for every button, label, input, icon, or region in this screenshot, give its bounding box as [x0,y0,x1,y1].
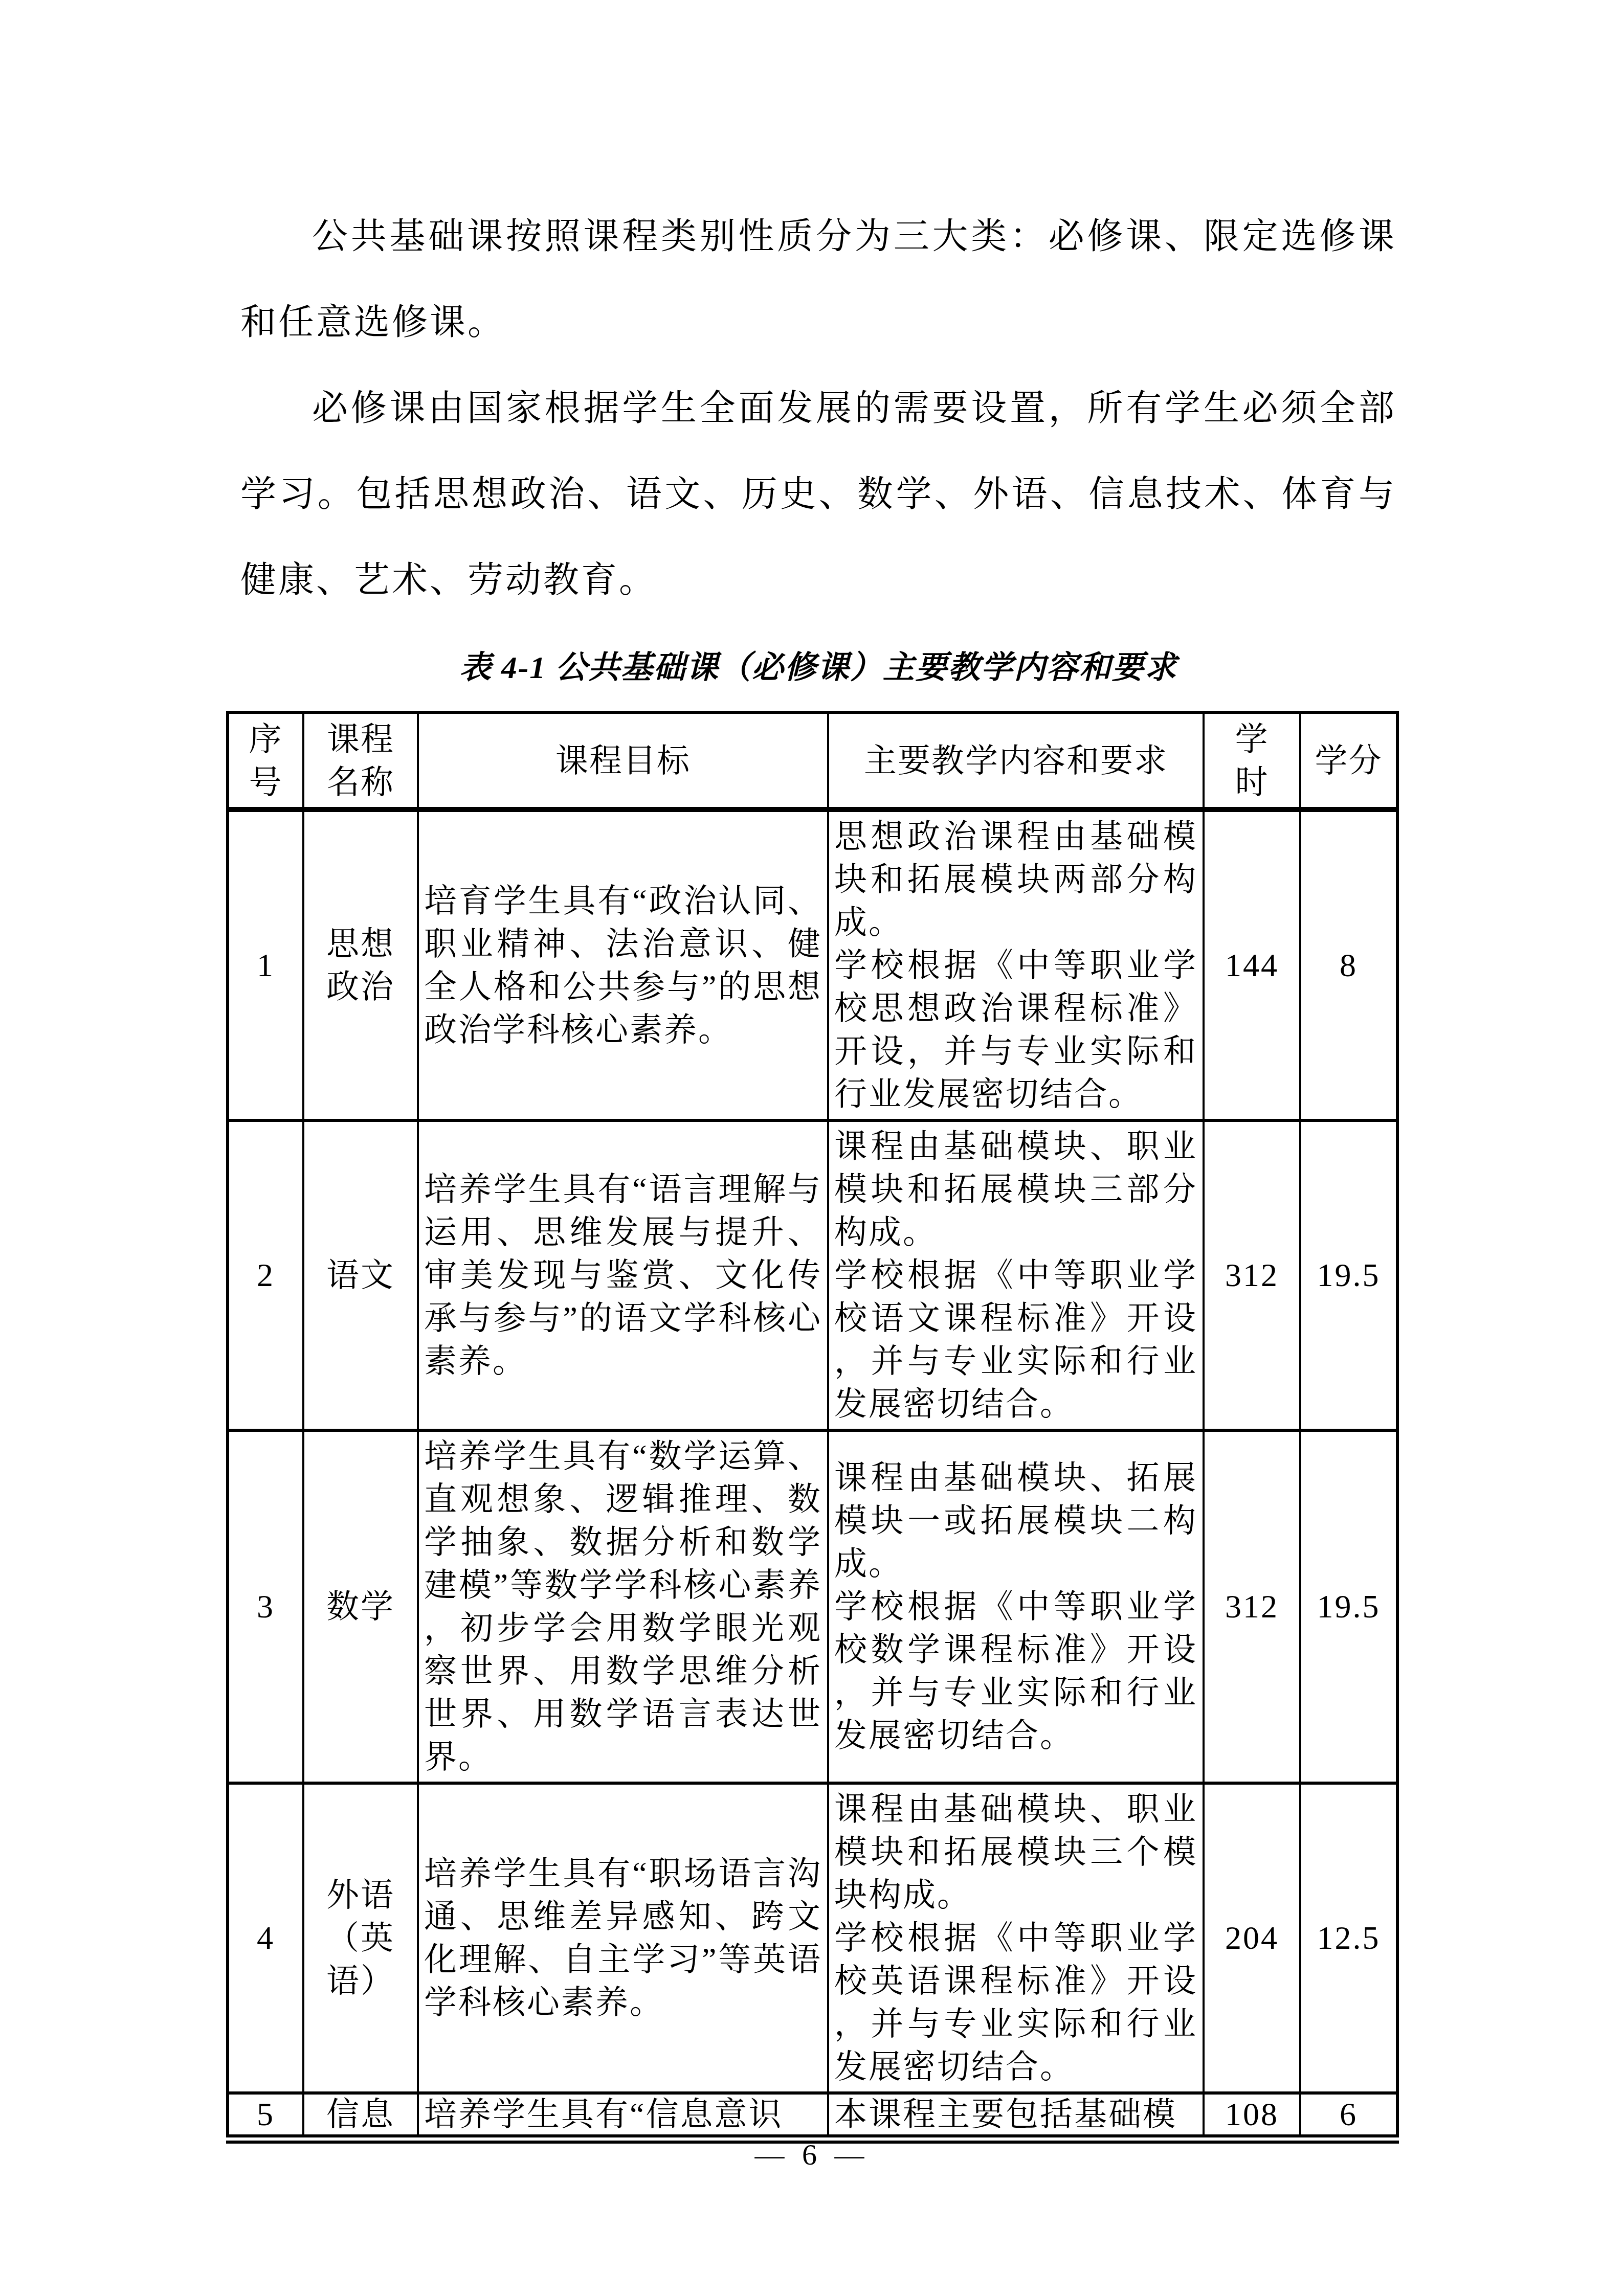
column-header-credits: 学分 [1300,712,1397,809]
cell-teaching-content: 本课程主要包括基础模 [828,2093,1204,2139]
cell-hours: 312 [1204,1120,1300,1430]
cell-hours: 204 [1204,1783,1300,2093]
cell-hours: 108 [1204,2093,1300,2139]
column-header-course-name: 课程 名称 [303,712,418,809]
cell-credits: 8 [1300,809,1397,1120]
page-number: — 6 — [0,2137,1624,2172]
cell-credits: 19.5 [1300,1430,1397,1783]
cell-course-goal: 培养学生具有“语言理解与运用、思维发展与提升、审美发现与鉴赏、文化传承与参与”的… [418,1120,828,1430]
cell-no: 4 [228,1783,303,2093]
cell-teaching-content: 课程由基础模块、职业模块和拓展模块三部分构成。 学校根据《中等职业学校语文课程标… [828,1120,1204,1430]
courses-table: 序 号 课程 名称 课程目标 主要教学内容和要求 学 时 学分 1 思想政治 培… [226,711,1399,2144]
cell-course-name: 外语（英语） [303,1783,418,2093]
cell-no: 5 [228,2093,303,2139]
cell-teaching-content: 课程由基础模块、拓展模块一或拓展模块二构成。 学校根据《中等职业学校数学课程标准… [828,1430,1204,1783]
table-header-row: 序 号 课程 名称 课程目标 主要教学内容和要求 学 时 学分 [228,712,1397,809]
cell-course-name: 思想政治 [303,809,418,1120]
table-row: 4 外语（英语） 培养学生具有“职场语言沟通、思维差异感知、跨文化理解、自主学习… [228,1783,1397,2093]
cell-course-name: 语文 [303,1120,418,1430]
column-header-course-goal: 课程目标 [418,712,828,809]
cell-hours: 144 [1204,809,1300,1120]
column-header-teaching-content: 主要教学内容和要求 [828,712,1204,809]
body-paragraph-1: 公共基础课按照课程类别性质分为三大类：必修课、限定选修课和任意选修课。 [240,194,1396,366]
cell-credits: 12.5 [1300,1783,1397,2093]
column-header-hours: 学 时 [1204,712,1300,809]
cell-no: 2 [228,1120,303,1430]
cell-teaching-content: 思想政治课程由基础模块和拓展模块两部分构成。 学校根据《中等职业学校思想政治课程… [828,809,1204,1120]
cell-hours: 312 [1204,1430,1300,1783]
table-row: 1 思想政治 培育学生具有“政治认同、职业精神、法治意识、健全人格和公共参与”的… [228,809,1397,1120]
cell-course-goal: 培养学生具有“信息意识 [418,2093,828,2139]
page-content: 公共基础课按照课程类别性质分为三大类：必修课、限定选修课和任意选修课。 必修课由… [0,0,1624,2144]
table-container: 序 号 课程 名称 课程目标 主要教学内容和要求 学 时 学分 1 思想政治 培… [226,711,1396,2144]
table-caption: 表 4-1 公共基础课（必修课）主要教学内容和要求 [240,642,1396,693]
cell-credits: 6 [1300,2093,1397,2139]
cell-course-name: 信息 [303,2093,418,2139]
table-row: 2 语文 培养学生具有“语言理解与运用、思维发展与提升、审美发现与鉴赏、文化传承… [228,1120,1397,1430]
cell-no: 1 [228,809,303,1120]
cell-course-goal: 培养学生具有“数学运算、直观想象、逻辑推理、数学抽象、数据分析和数学建模”等数学… [418,1430,828,1783]
cell-teaching-content: 课程由基础模块、职业模块和拓展模块三个模块构成。 学校根据《中等职业学校英语课程… [828,1783,1204,2093]
cell-credits: 19.5 [1300,1120,1397,1430]
table-row: 3 数学 培养学生具有“数学运算、直观想象、逻辑推理、数学抽象、数据分析和数学建… [228,1430,1397,1783]
cell-no: 3 [228,1430,303,1783]
document-page: 公共基础课按照课程类别性质分为三大类：必修课、限定选修课和任意选修课。 必修课由… [0,0,1624,2296]
column-header-no: 序 号 [228,712,303,809]
cell-course-name: 数学 [303,1430,418,1783]
cell-course-goal: 培养学生具有“职场语言沟通、思维差异感知、跨文化理解、自主学习”等英语学科核心素… [418,1783,828,2093]
table-row-truncated: 5 信息 培养学生具有“信息意识 本课程主要包括基础模 108 6 [228,2093,1397,2139]
cell-course-goal: 培育学生具有“政治认同、职业精神、法治意识、健全人格和公共参与”的思想政治学科核… [418,809,828,1120]
body-paragraph-2: 必修课由国家根据学生全面发展的需要设置，所有学生必须全部学习。包括思想政治、语文… [240,366,1396,624]
